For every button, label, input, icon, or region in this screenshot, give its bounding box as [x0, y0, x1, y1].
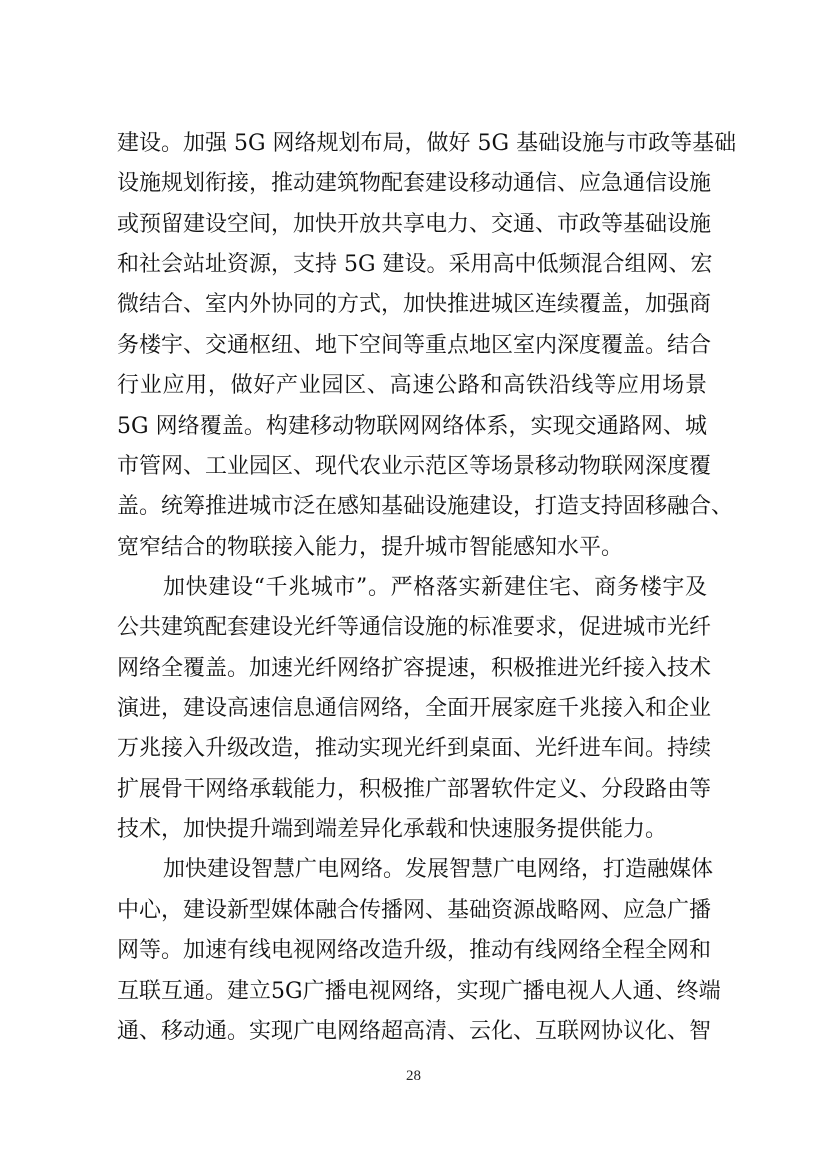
text-line: 5G 网络覆盖。构建移动物联网网络体系，实现交通路网、城 — [117, 407, 707, 447]
page-number: 28 — [0, 1068, 827, 1085]
text-line: 网络全覆盖。加速光纤网络扩容提速，积极推进光纤接入技术 — [117, 649, 707, 689]
text-line: 务楼宇、交通枢纽、地下空间等重点地区室内深度覆盖。结合 — [117, 326, 707, 366]
text-line: 演进，建设高速信息通信网络，全面开展家庭千兆接入和企业 — [117, 689, 707, 729]
text-line: 扩展骨干网络承载能力，积极推广部署软件定义、分段路由等 — [117, 770, 707, 810]
text-line: 网等。加速有线电视网络改造升级，推动有线网络全程全网和 — [117, 931, 707, 971]
text-line: 加快建设“千兆城市”。严格落实新建住宅、商务楼宇及 — [117, 568, 707, 608]
body-text: 建设。加强 5G 网络规划布局，做好 5G 基础设施与市政等基础 设施规划衔接，… — [117, 124, 707, 1052]
text-line: 公共建筑配套建设光纤等通信设施的标准要求，促进城市光纤 — [117, 608, 707, 648]
text-line: 宽窄结合的物联接入能力，提升城市智能感知水平。 — [117, 528, 707, 568]
document-page: 建设。加强 5G 网络规划布局，做好 5G 基础设施与市政等基础 设施规划衔接，… — [0, 0, 827, 1170]
text-line: 行业应用，做好产业园区、高速公路和高铁沿线等应用场景 — [117, 366, 707, 406]
text-line: 设施规划衔接，推动建筑物配套建设移动通信、应急通信设施 — [117, 164, 707, 204]
text-line: 或预留建设空间，加快开放共享电力、交通、市政等基础设施 — [117, 205, 707, 245]
text-line: 盖。统筹推进城市泛在感知基础设施建设，打造支持固移融合、 — [117, 487, 707, 527]
text-line: 技术，加快提升端到端差异化承载和快速服务提供能力。 — [117, 810, 707, 850]
text-line: 万兆接入升级改造，推动实现光纤到桌面、光纤进车间。持续 — [117, 729, 707, 769]
text-line: 和社会站址资源，支持 5G 建设。采用高中低频混合组网、宏 — [117, 245, 707, 285]
text-line: 通、移动通。实现广电网络超高清、云化、互联网协议化、智 — [117, 1012, 707, 1052]
text-line: 建设。加强 5G 网络规划布局，做好 5G 基础设施与市政等基础 — [117, 124, 707, 164]
text-line: 市管网、工业园区、现代农业示范区等场景移动物联网深度覆 — [117, 447, 707, 487]
text-line: 互联互通。建立5G广播电视网络，实现广播电视人人通、终端 — [117, 972, 707, 1012]
text-line: 加快建设智慧广电网络。发展智慧广电网络，打造融媒体 — [117, 850, 707, 890]
text-line: 微结合、室内外协同的方式，加快推进城区连续覆盖，加强商 — [117, 285, 707, 325]
text-line: 中心，建设新型媒体融合传播网、基础资源战略网、应急广播 — [117, 891, 707, 931]
